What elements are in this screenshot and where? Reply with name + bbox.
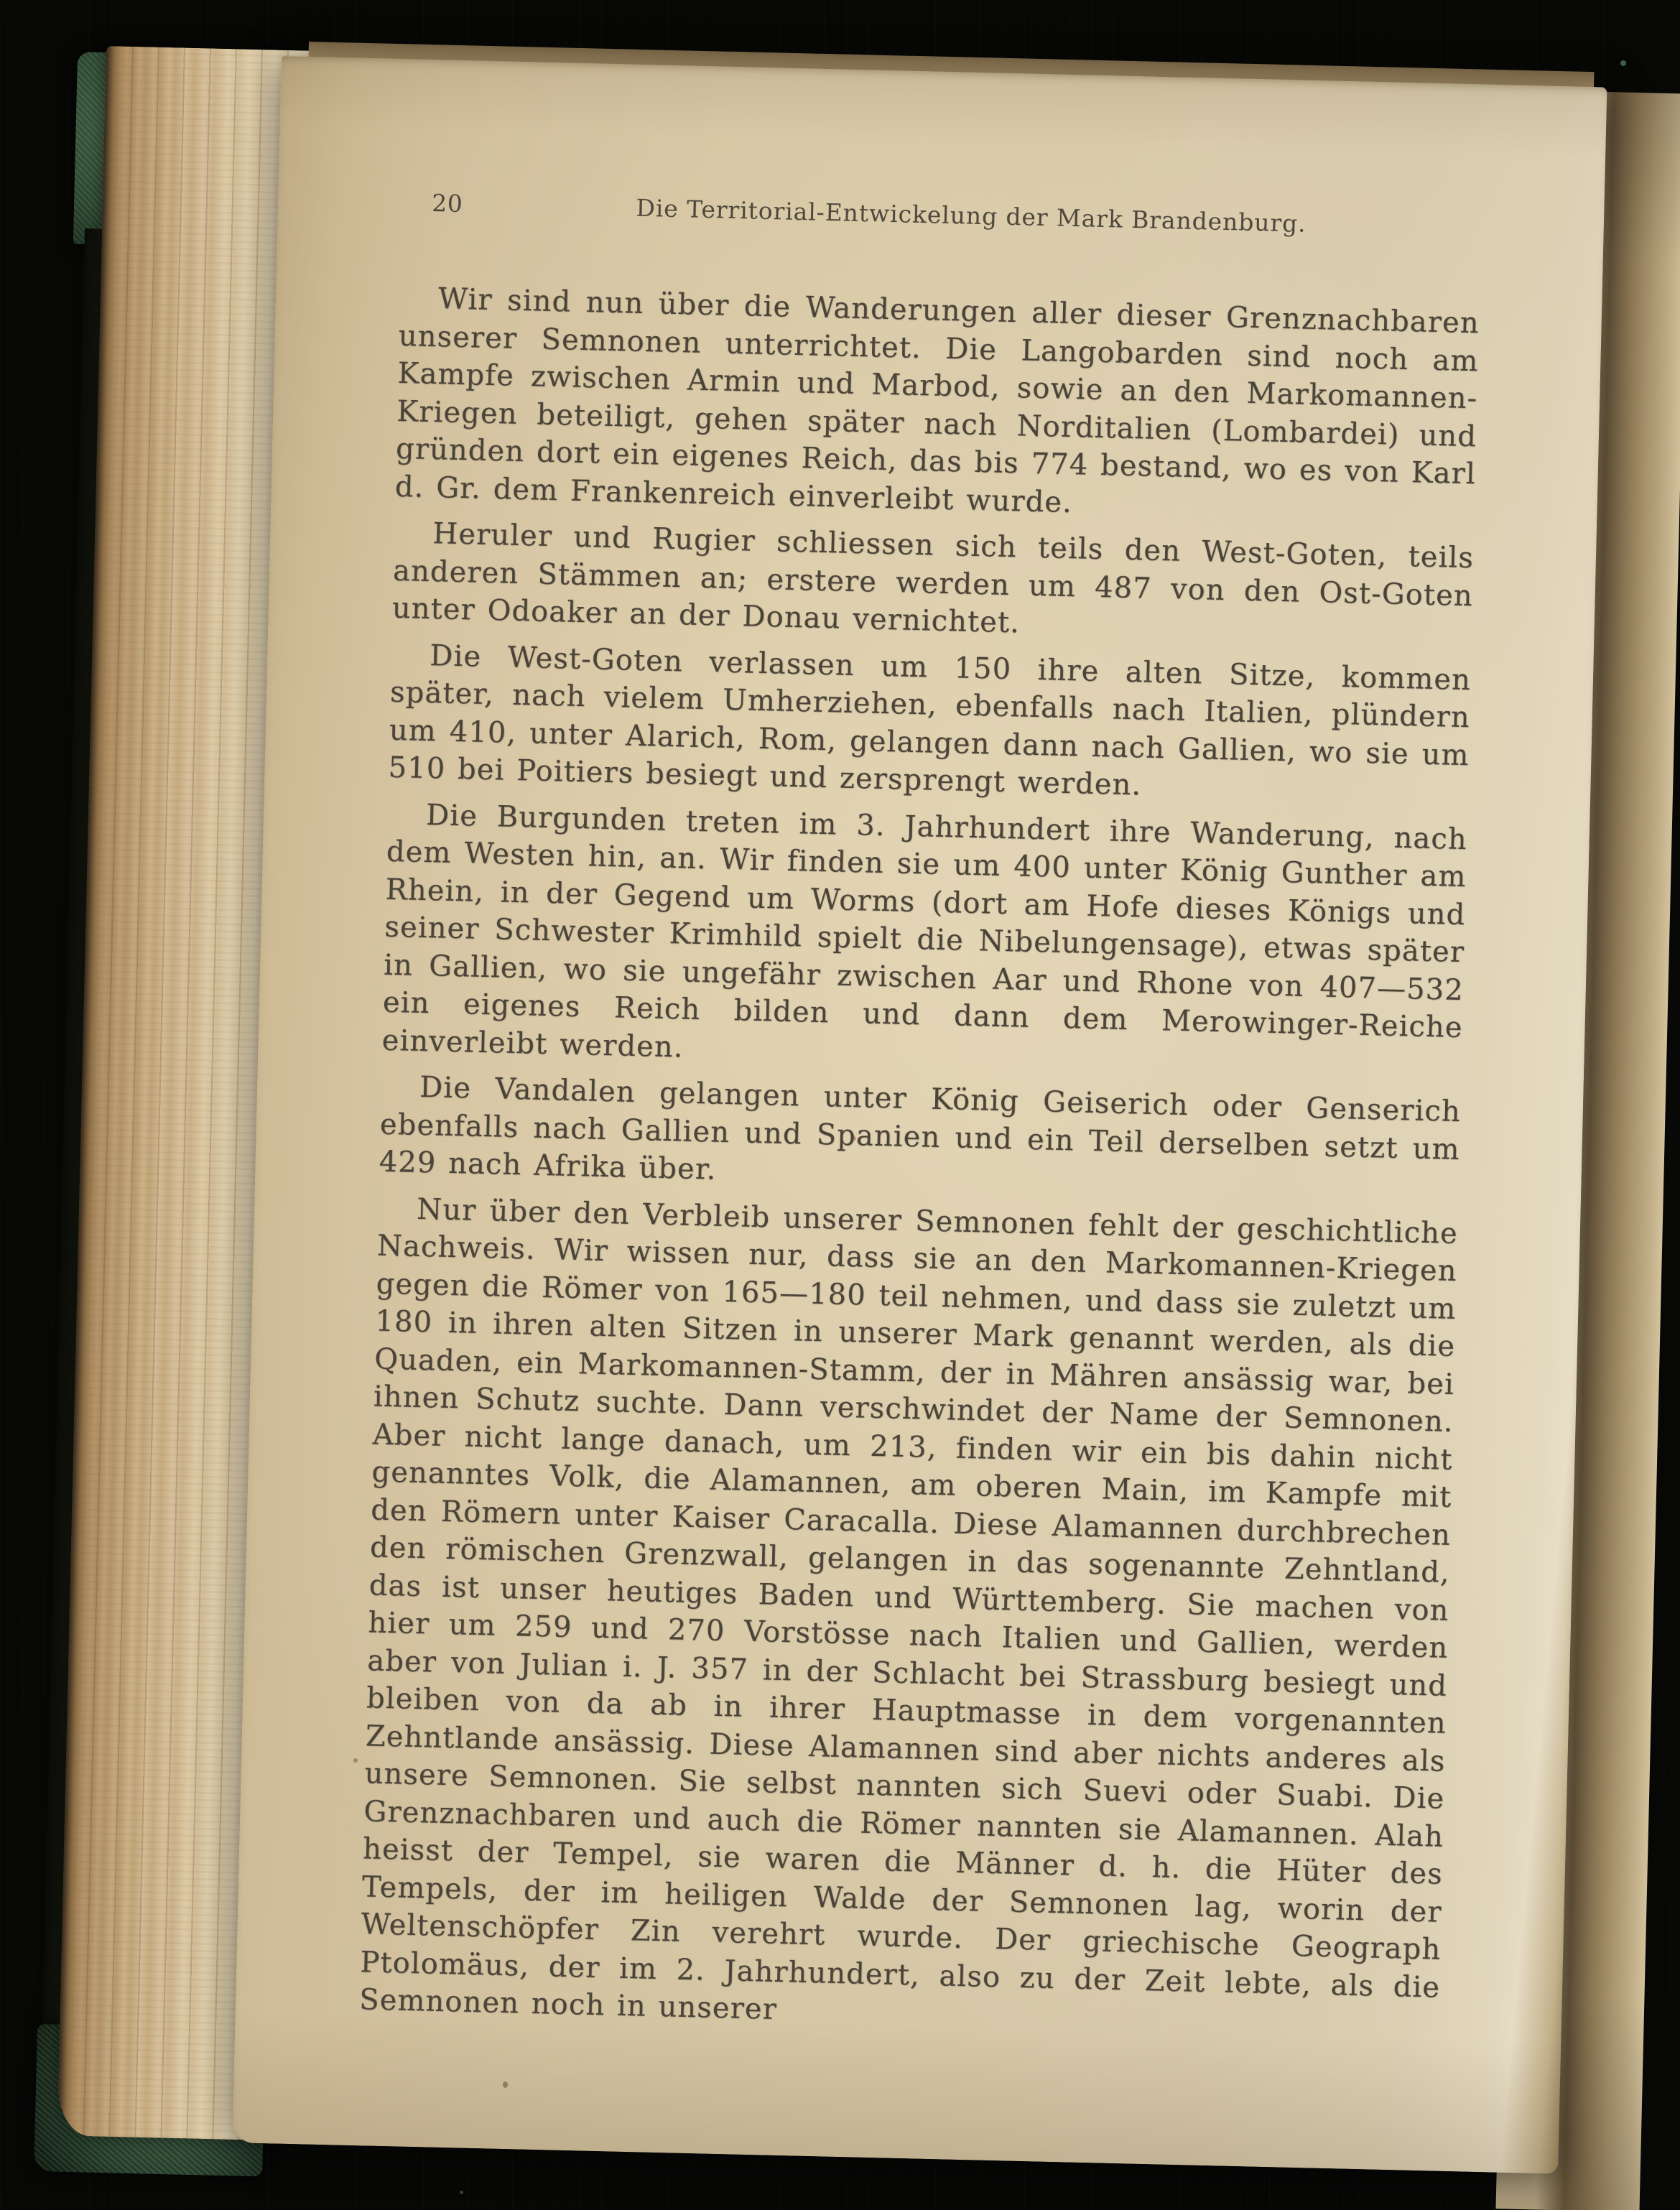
paragraph-6: Nur über den Verbleib unserer Semnonen f…: [359, 1189, 1459, 2044]
paper-blemish: [852, 1136, 856, 1141]
running-title: Die Territorial-Entwickelung der Mark Br…: [511, 191, 1482, 242]
paragraph-3: Die West-Goten verlassen um 150 ihre alt…: [388, 636, 1472, 812]
paragraph-1: Wir sind nun über die Wanderungen aller …: [394, 279, 1480, 531]
page-surface: 20 Die Territorial-Entwickelung der Mark…: [233, 56, 1607, 2174]
ink-speck: [353, 1758, 358, 1763]
dust-speck: [460, 2191, 463, 2194]
dust-speck: [1620, 60, 1626, 66]
ink-speck: [503, 2081, 508, 2088]
paragraph-5: Die Vandalen gelangen unter König Geiser…: [379, 1068, 1461, 1207]
page-text: Wir sind nun über die Wanderungen aller …: [359, 279, 1480, 2044]
page-number: 20: [402, 188, 511, 219]
paragraph-2: Heruler und Rugier schliessen sich teils…: [391, 514, 1474, 653]
page-header: 20 Die Territorial-Entwickelung der Mark…: [402, 188, 1482, 241]
paragraph-4: Die Burgunden treten im 3. Jahrhundert i…: [381, 795, 1467, 1085]
book-photo: 20 Die Territorial-Entwickelung der Mark…: [0, 0, 1680, 2210]
book-page: 20 Die Territorial-Entwickelung der Mark…: [233, 56, 1607, 2174]
